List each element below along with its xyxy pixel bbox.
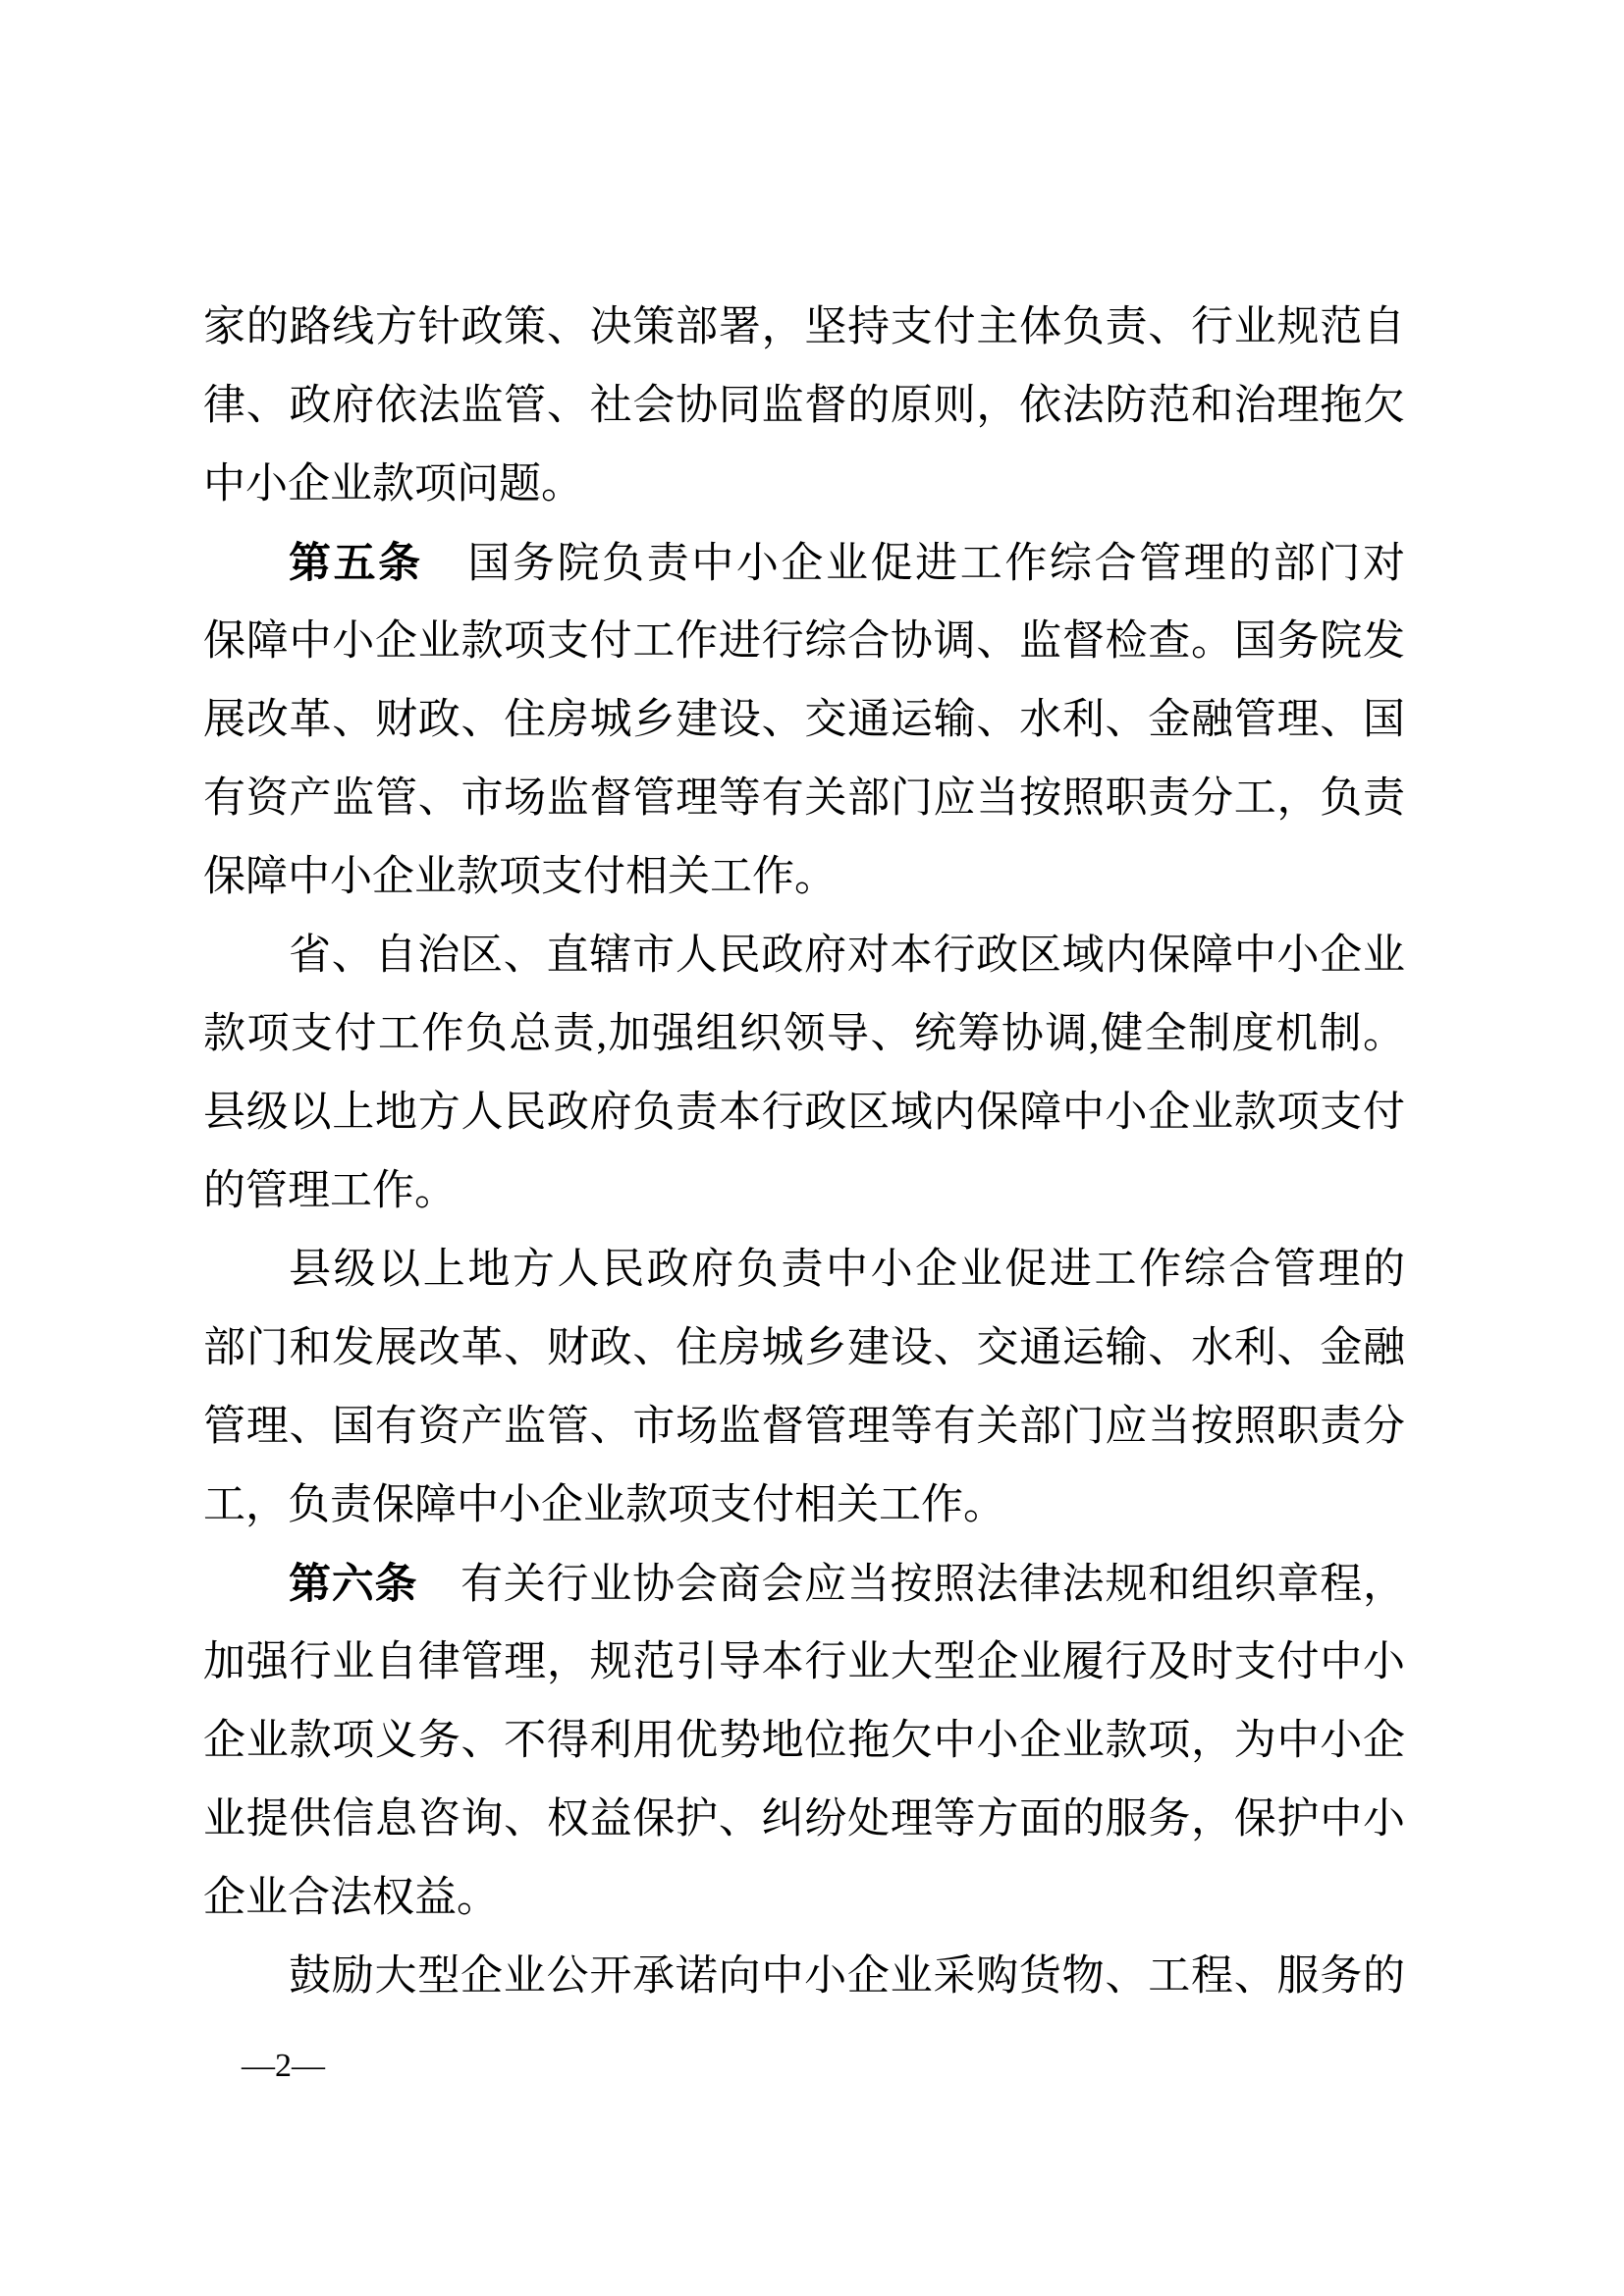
paragraph: 第六条 有关行业协会商会应当按照法律法规和组织章程， 加强行业自律管理，规范引导… <box>203 1545 1405 1938</box>
text-line: 第六条 有关行业协会商会应当按照法律法规和组织章程， <box>203 1545 1405 1624</box>
text-line: 展改革、财政、住房城乡建设、交通运输、水利、金融管理、国 <box>203 681 1405 760</box>
text-line: 管理、国有资产监管、市场监督管理等有关部门应当按照职责分 <box>203 1388 1405 1467</box>
text-line: 县级以上地方人民政府负责本行政区域内保障中小企业款项支付 <box>203 1074 1405 1152</box>
text-line: 保障中小企业款项支付工作进行综合协调、监督检查。国务院发 <box>203 603 1405 681</box>
text-line: 家的路线方针政策、决策部署，坚持支付主体负责、行业规范自 <box>203 289 1405 367</box>
text-line: 鼓励大型企业公开承诺向中小企业采购货物、工程、服务的 <box>203 1938 1405 2016</box>
text-line: 第五条 国务院负责中小企业促进工作综合管理的部门对 <box>203 524 1405 603</box>
text-line: 工，负责保障中小企业款项支付相关工作。 <box>203 1467 1405 1545</box>
text-line: 保障中小企业款项支付相关工作。 <box>203 838 1405 917</box>
paragraph: 家的路线方针政策、决策部署，坚持支付主体负责、行业规范自 律、政府依法监管、社会… <box>203 289 1405 524</box>
line-text: 国务院负责中小企业促进工作综合管理的部门对 <box>423 541 1405 587</box>
text-line: 的管理工作。 <box>203 1152 1405 1231</box>
page-number: —2— <box>242 2045 325 2088</box>
text-line: 县级以上地方人民政府负责中小企业促进工作综合管理的 <box>203 1231 1405 1309</box>
paragraph: 鼓励大型企业公开承诺向中小企业采购货物、工程、服务的 <box>203 1938 1405 2016</box>
text-line: 加强行业自律管理，规范引导本行业大型企业履行及时支付中小 <box>203 1624 1405 1702</box>
paragraph: 县级以上地方人民政府负责中小企业促进工作综合管理的 部门和发展改革、财政、住房城… <box>203 1231 1405 1545</box>
paragraph: 省、自治区、直辖市人民政府对本行政区域内保障中小企业 款项支付工作负总责,加强组… <box>203 917 1405 1231</box>
text-line: 省、自治区、直辖市人民政府对本行政区域内保障中小企业 <box>203 917 1405 995</box>
text-line: 企业合法权益。 <box>203 1859 1405 1938</box>
text-line: 律、政府依法监管、社会协同监督的原则，依法防范和治理拖欠 <box>203 367 1405 446</box>
text-line: 业提供信息咨询、权益保护、纠纷处理等方面的服务，保护中小 <box>203 1781 1405 1859</box>
document-page: 家的路线方针政策、决策部署，坚持支付主体负责、行业规范自 律、政府依法监管、社会… <box>0 0 1624 2296</box>
text-line: 部门和发展改革、财政、住房城乡建设、交通运输、水利、金融 <box>203 1309 1405 1388</box>
text-line: 款项支付工作负总责,加强组织领导、统筹协调,健全制度机制。 <box>203 995 1405 1074</box>
line-text: 有关行业协会商会应当按照法律法规和组织章程， <box>417 1562 1405 1608</box>
paragraph: 第五条 国务院负责中小企业促进工作综合管理的部门对 保障中小企业款项支付工作进行… <box>203 524 1405 917</box>
text-line: 企业款项义务、不得利用优势地位拖欠中小企业款项，为中小企 <box>203 1702 1405 1781</box>
text-block: 家的路线方针政策、决策部署，坚持支付主体负责、行业规范自 律、政府依法监管、社会… <box>203 289 1405 2016</box>
article-number-label: 第六条 <box>289 1561 417 1608</box>
article-number-label: 第五条 <box>289 540 423 587</box>
text-line: 有资产监管、市场监督管理等有关部门应当按照职责分工，负责 <box>203 760 1405 838</box>
text-line: 中小企业款项问题。 <box>203 446 1405 524</box>
